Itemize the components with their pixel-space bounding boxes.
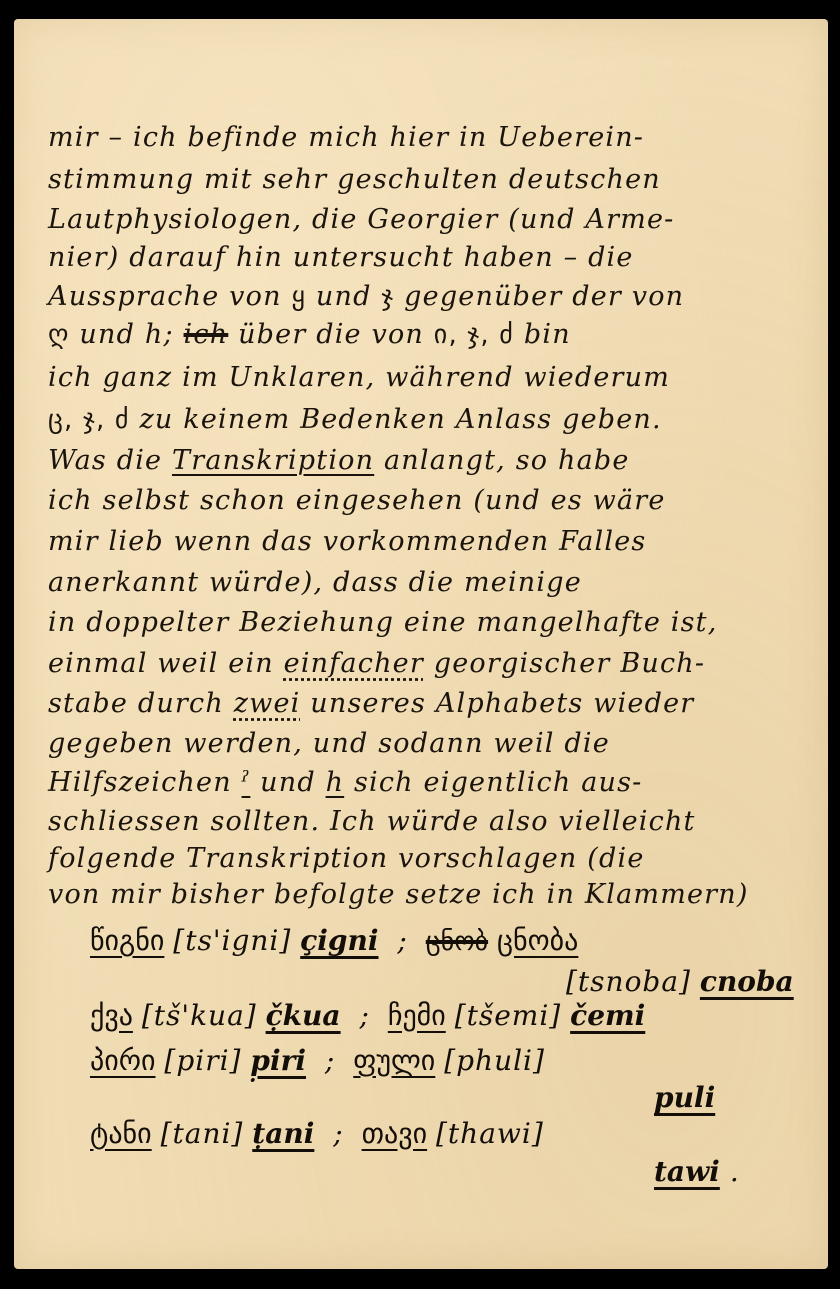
text-line-19: folgende Transkription vorschlagen (die bbox=[48, 843, 645, 874]
georgian-letter: ჯ bbox=[381, 282, 394, 312]
transcription-row-4-left: ტანი [tani] ṭani ; თავი [thawi] bbox=[90, 1117, 544, 1150]
text-fragment: anlangt, so habe bbox=[374, 445, 629, 476]
text-line-10: ich selbst schon eingesehen (und es wäre bbox=[48, 485, 666, 516]
text-line-4: nier) darauf hin untersucht haben – die bbox=[48, 242, 634, 273]
text-line-5: Aussprache von ყ und ჯ gegenüber der von bbox=[48, 281, 684, 312]
transcription-row-4-right-new: tawi. bbox=[654, 1155, 739, 1188]
new-transcription: cnoba bbox=[700, 965, 794, 998]
text-fragment: gegenüber der von bbox=[394, 281, 684, 312]
text-line-6: ღ und h; ich über die von ი, ჯ, ძ bin bbox=[48, 319, 571, 350]
transcription-row-1-left: წიგნი [ts'igni] çigni ; ცნობ ცნობა bbox=[90, 924, 578, 957]
old-transcription: [piri] bbox=[164, 1044, 241, 1077]
old-transcription: [tani] bbox=[161, 1117, 244, 1150]
text-line-17: Hilfszeichen ˀ und h sich eigentlich aus… bbox=[48, 767, 643, 798]
separator: ; bbox=[325, 1044, 334, 1077]
text-fragment: und bbox=[250, 767, 325, 798]
text-fragment: georgischer Buch- bbox=[424, 648, 705, 679]
georgian-word: პირი bbox=[90, 1044, 156, 1077]
text-fragment: stabe durch bbox=[48, 688, 234, 719]
old-transcription: [phuli] bbox=[444, 1044, 545, 1077]
georgian-word: წიგნი bbox=[90, 924, 164, 957]
final-period: . bbox=[730, 1155, 739, 1188]
new-transcription: čemi bbox=[570, 999, 645, 1032]
old-transcription: [tsnoba] bbox=[566, 965, 691, 998]
text-line-9: Was die Transkription anlangt, so habe bbox=[48, 445, 630, 476]
struck-word: ცნობ bbox=[426, 927, 488, 957]
text-line-2: stimmung mit sehr geschulten deutschen bbox=[48, 164, 661, 195]
emphasized-word: zwei bbox=[234, 688, 301, 719]
georgian-word: ტანი bbox=[90, 1117, 152, 1150]
text-fragment: und bbox=[306, 281, 381, 312]
new-transcription: puli bbox=[654, 1081, 715, 1114]
separator: ; bbox=[397, 924, 406, 957]
old-transcription: [tš'kua] bbox=[142, 999, 257, 1032]
text-line-16: gegeben werden, und sodann weil die bbox=[48, 728, 610, 759]
text-line-8: ც, ჯ, ძ zu keinem Bedenken Anlass geben. bbox=[48, 404, 662, 435]
old-transcription: [ts'igni] bbox=[173, 924, 291, 957]
text-line-14: einmal weil ein einfacher georgischer Bu… bbox=[48, 648, 705, 679]
text-line-12: anerkannt würde), dass die meinige bbox=[48, 567, 582, 598]
text-fragment: über die von bbox=[228, 319, 433, 350]
separator: ; bbox=[333, 1117, 342, 1150]
georgian-word: ჩემი bbox=[388, 999, 446, 1032]
text-fragment: und h; bbox=[70, 319, 184, 350]
separator: ; bbox=[359, 999, 368, 1032]
text-fragment: unseres Alphabets wieder bbox=[300, 688, 694, 719]
underlined-word: Transkription bbox=[172, 445, 374, 476]
text-fragment: bin bbox=[514, 319, 571, 350]
new-transcription: p̣iri bbox=[250, 1044, 306, 1077]
georgian-letter: ღ bbox=[48, 320, 70, 350]
georgian-word: ფული bbox=[353, 1044, 435, 1077]
text-fragment: einmal weil ein bbox=[48, 648, 284, 679]
old-transcription: [thawi] bbox=[436, 1117, 544, 1150]
transcription-row-3-left: პირი [piri] p̣iri ; ფული [phuli] bbox=[90, 1044, 545, 1077]
georgian-word: ქვა bbox=[90, 999, 133, 1032]
text-line-11: mir lieb wenn das vorkommenden Falles bbox=[48, 526, 646, 557]
diacritic-sign: h bbox=[326, 767, 345, 798]
letter-page: mir – ich befinde mich hier in Ueberein-… bbox=[14, 19, 828, 1269]
georgian-letter: ყ bbox=[291, 282, 306, 312]
georgian-letters: ც, ჯ, ძ bbox=[48, 405, 130, 435]
old-transcription: [tšemi] bbox=[455, 999, 562, 1032]
text-line-7: ich ganz im Unklaren, während wiederum bbox=[48, 362, 670, 393]
text-line-18: schliessen sollten. Ich würde also viell… bbox=[48, 806, 696, 837]
georgian-letters: ი, ჯ, ძ bbox=[434, 320, 514, 350]
new-transcription: tawi bbox=[654, 1155, 720, 1188]
new-transcription: çigni bbox=[300, 924, 378, 957]
transcription-row-3-right-new: puli bbox=[654, 1081, 715, 1114]
emphasized-word: einfacher bbox=[284, 648, 424, 679]
transcription-row-1-right: [tsnoba] cnoba bbox=[566, 965, 794, 998]
georgian-word: ცნობა bbox=[497, 924, 578, 957]
text-fragment: sich eigentlich aus- bbox=[344, 767, 642, 798]
georgian-word: თავი bbox=[362, 1117, 428, 1150]
transcription-row-2: ქვა [tš'kua] č̣kua ; ჩემი [tšemi] čemi bbox=[90, 999, 645, 1032]
text-line-1: mir – ich befinde mich hier in Ueberein- bbox=[48, 122, 644, 153]
text-line-13: in doppelter Beziehung eine mangelhafte … bbox=[48, 607, 718, 638]
text-line-3: Lautphysiologen, die Georgier (und Arme- bbox=[48, 204, 675, 235]
new-transcription: č̣kua bbox=[266, 999, 341, 1032]
struck-word: ich bbox=[184, 319, 229, 350]
text-line-15: stabe durch zwei unseres Alphabets wiede… bbox=[48, 688, 694, 719]
text-fragment: Was die bbox=[48, 445, 172, 476]
new-transcription: ṭani bbox=[252, 1117, 314, 1150]
text-fragment: Aussprache von bbox=[48, 281, 291, 312]
text-line-20: von mir bisher befolgte setze ich in Kla… bbox=[48, 879, 749, 910]
text-fragment: Hilfszeichen bbox=[48, 767, 242, 798]
text-fragment: zu keinem Bedenken Anlass geben. bbox=[130, 404, 662, 435]
